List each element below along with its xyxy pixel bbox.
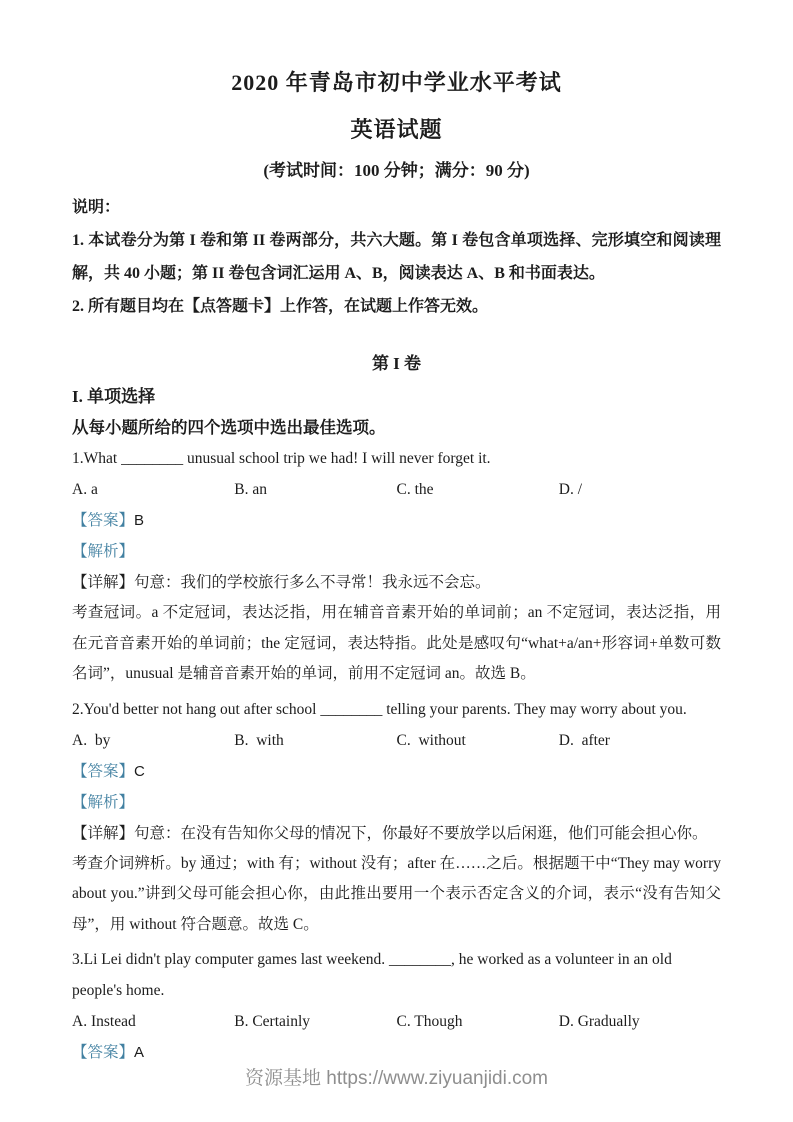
question-2-explanation: 考查介词辨析。by 通过；with 有；without 没有；after 在……… <box>72 849 721 941</box>
question-1: 1.What ________ unusual school trip we h… <box>72 443 721 690</box>
question-1-options: A. a B. an C. the D. / <box>72 474 721 505</box>
question-1-detail: 【详解】句意：我们的学校旅行多么不寻常！我永远不会忘。 <box>72 567 721 598</box>
question-1-stem: 1.What ________ unusual school trip we h… <box>72 443 721 474</box>
question-3: 3.Li Lei didn't play computer games last… <box>72 944 721 1068</box>
section-instruction: 从每小题所给的四个选项中选出最佳选项。 <box>72 412 721 443</box>
question-3-options: A. Instead B. Certainly C. Though D. Gra… <box>72 1006 721 1037</box>
question-1-option-a: A. a <box>72 474 234 505</box>
question-3-stem: 3.Li Lei didn't play computer games last… <box>72 944 721 1006</box>
question-1-explanation: 考查冠词。a 不定冠词，表达泛指，用在辅音音素开始的单词前；an 不定冠词，表达… <box>72 598 721 690</box>
answer-label: 【答案】 <box>72 1044 134 1061</box>
question-2-options: A. by B. with C. without D. after <box>72 725 721 756</box>
note-2: 2. 所有题目均在【点答题卡】上作答，在试题上作答无效。 <box>72 290 721 323</box>
exam-title: 2020 年青岛市初中学业水平考试 <box>72 66 721 97</box>
question-1-option-d: D. / <box>559 474 721 505</box>
question-1-option-b: B. an <box>234 474 396 505</box>
question-2-stem: 2.You'd better not hang out after school… <box>72 694 721 725</box>
volume-heading: 第 I 卷 <box>72 348 721 379</box>
section-heading: I. 单项选择 <box>72 381 721 412</box>
notes-label: 说明： <box>72 191 721 224</box>
question-2-option-c: C. without <box>397 725 559 756</box>
question-1-analysis-row: 【解析】 <box>72 536 721 567</box>
question-2-answer-row: 【答案】C <box>72 756 721 787</box>
watermark-footer: 资源基地 https://www.ziyuanjidi.com <box>0 1063 793 1090</box>
question-3-answer: A <box>134 1044 144 1061</box>
question-1-answer: B <box>134 512 144 529</box>
analysis-label: 【解析】 <box>72 543 134 560</box>
note-1: 1. 本试卷分为第 I 卷和第 II 卷两部分，共六大题。第 I 卷包含单项选择… <box>72 224 721 290</box>
analysis-label: 【解析】 <box>72 794 134 811</box>
question-2: 2.You'd better not hang out after school… <box>72 694 721 941</box>
question-3-option-d: D. Gradually <box>559 1006 721 1037</box>
question-2-option-d: D. after <box>559 725 721 756</box>
answer-label: 【答案】 <box>72 763 134 780</box>
question-2-option-a: A. by <box>72 725 234 756</box>
question-3-option-b: B. Certainly <box>234 1006 396 1037</box>
exam-document-page: 2020 年青岛市初中学业水平考试 英语试题 (考试时间：100 分钟；满分：9… <box>0 0 793 1122</box>
answer-label: 【答案】 <box>72 512 134 529</box>
question-3-option-c: C. Though <box>397 1006 559 1037</box>
exam-info-line: (考试时间：100 分钟；满分：90 分) <box>72 156 721 181</box>
exam-subtitle: 英语试题 <box>72 113 721 144</box>
question-3-option-a: A. Instead <box>72 1006 234 1037</box>
question-2-answer: C <box>134 763 145 780</box>
question-1-answer-row: 【答案】B <box>72 505 721 536</box>
question-2-option-b: B. with <box>234 725 396 756</box>
question-1-option-c: C. the <box>397 474 559 505</box>
question-2-detail: 【详解】句意：在没有告知你父母的情况下，你最好不要放学以后闲逛，他们可能会担心你… <box>72 818 721 849</box>
question-2-analysis-row: 【解析】 <box>72 787 721 818</box>
